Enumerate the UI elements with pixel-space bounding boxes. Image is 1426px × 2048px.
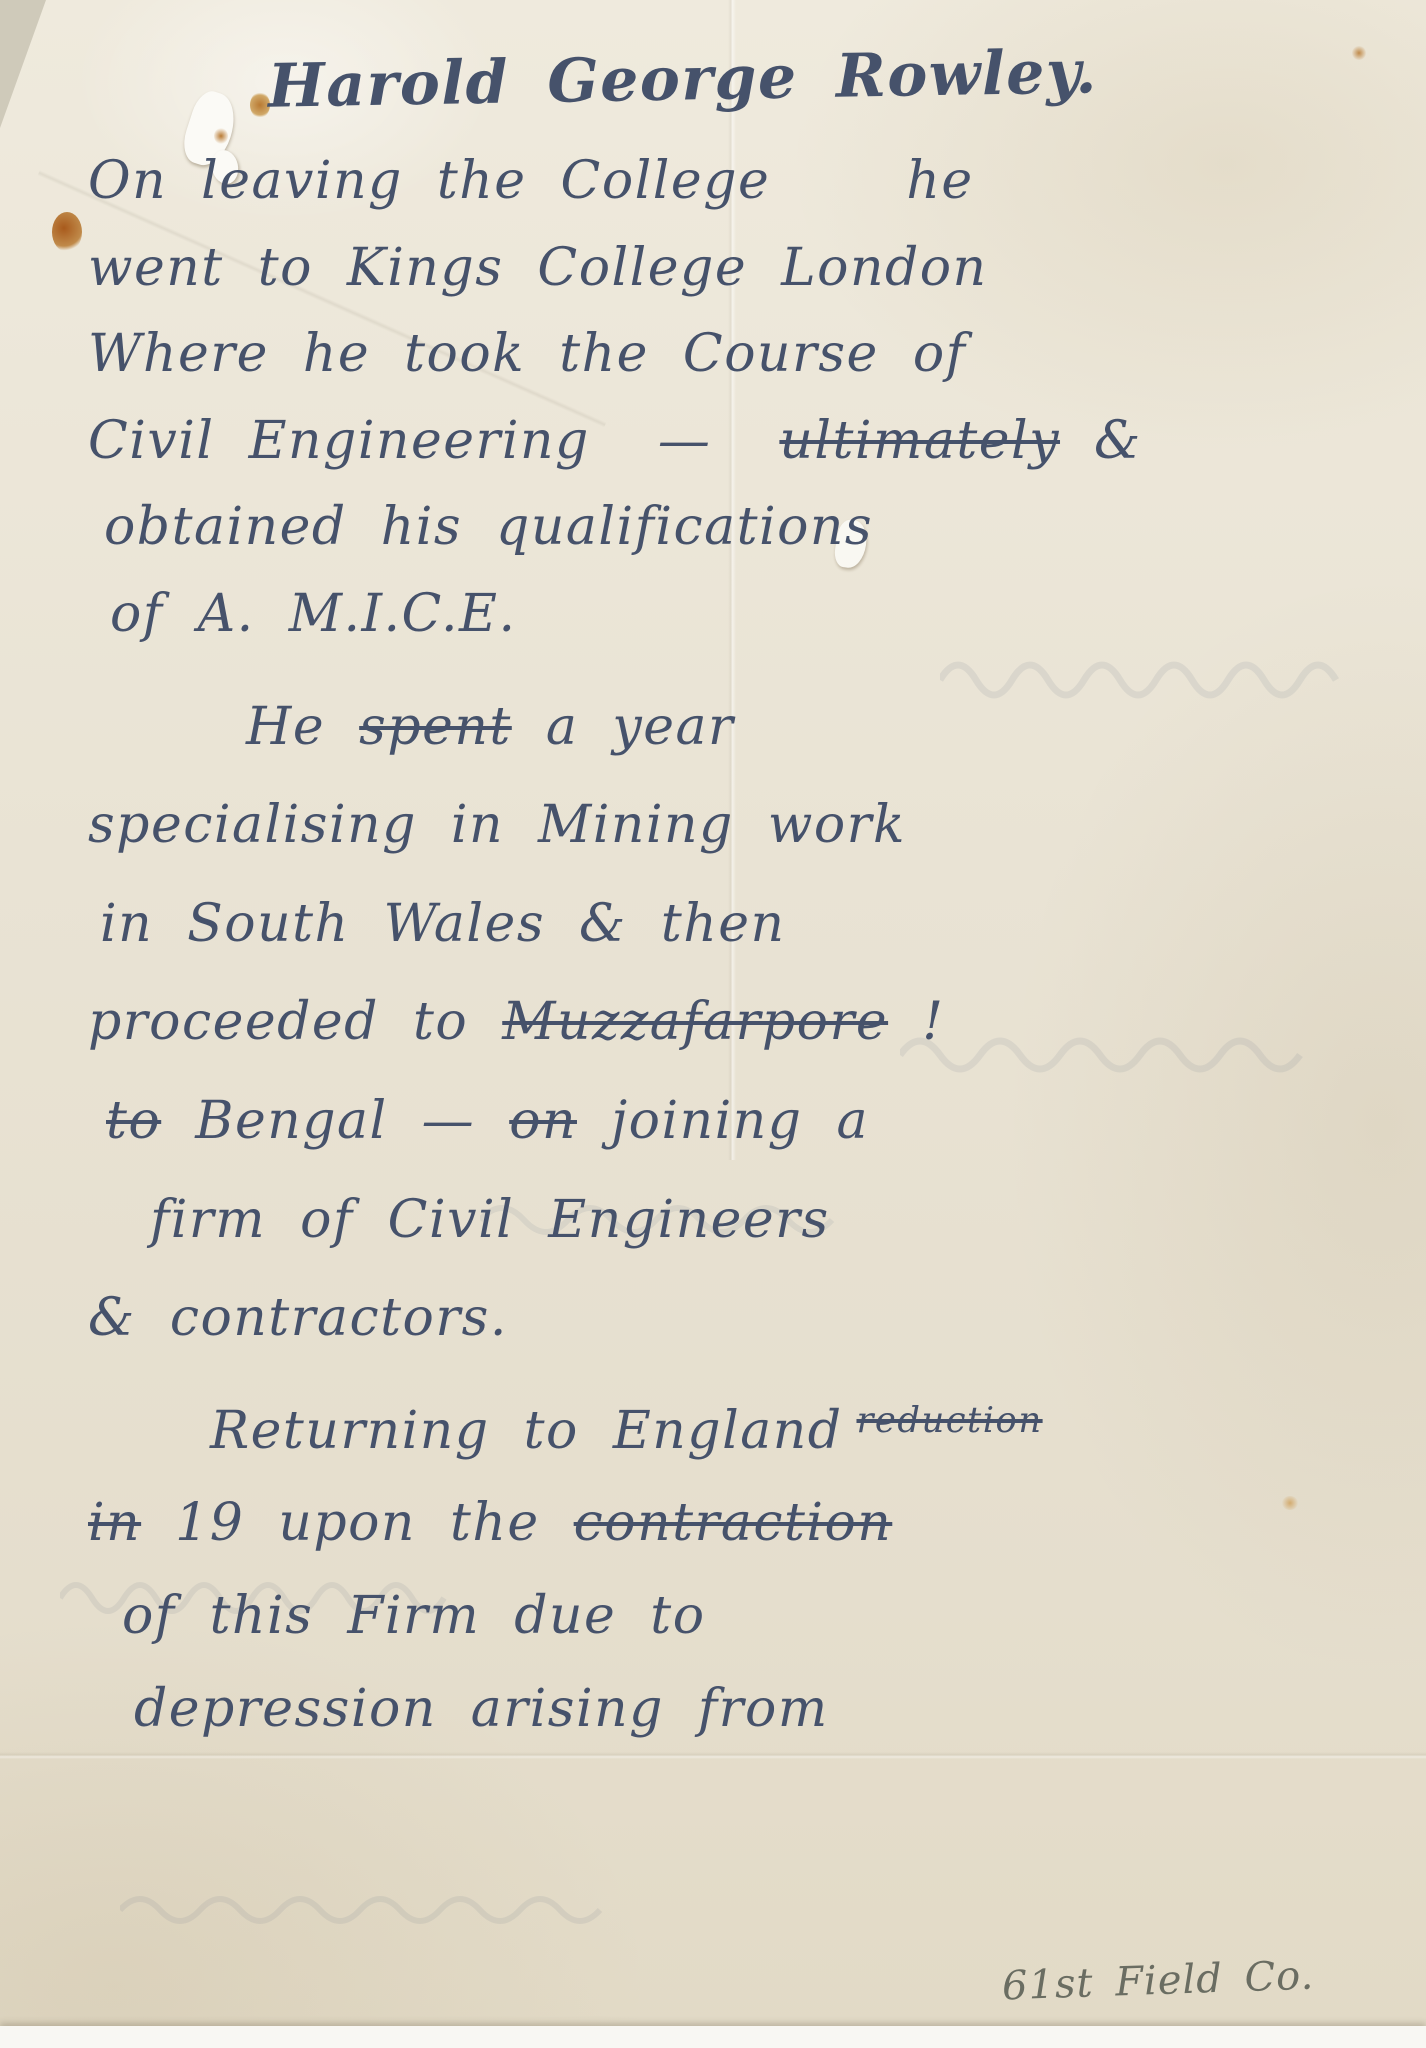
manuscript-line: Where he took the Course of bbox=[88, 327, 1382, 382]
word-segment: & bbox=[1060, 411, 1142, 471]
word-segment: joining a bbox=[577, 1091, 869, 1151]
word-segment: went to Kings College London bbox=[88, 238, 988, 298]
word-segment: in South Wales & then bbox=[100, 894, 786, 954]
manuscript-line: Returning to Englandreduction bbox=[88, 1404, 1382, 1459]
word-segment: of this Firm due to bbox=[122, 1586, 706, 1646]
word-segment: Where he took the Course of bbox=[88, 324, 966, 384]
word-segment: Returning to England bbox=[210, 1401, 842, 1461]
word-segment: obtained his qualifications bbox=[104, 497, 873, 557]
struck-word: spent bbox=[359, 697, 512, 757]
rust-stain bbox=[52, 212, 82, 252]
manuscript-line: specialising in Mining work bbox=[88, 798, 1382, 853]
struck-word: to bbox=[106, 1091, 161, 1151]
struck-word: on bbox=[509, 1091, 577, 1151]
word-segment: On leaving the College he bbox=[88, 151, 974, 211]
word-segment: ! bbox=[888, 992, 944, 1052]
manuscript-line: in 19 upon the contraction bbox=[88, 1496, 1382, 1551]
manuscript-line: firm of Civil Engineers bbox=[88, 1193, 1382, 1248]
manuscript-line: Civil Engineering — ultimately & bbox=[88, 414, 1382, 469]
paragraph-education: On leaving the College hewent to Kings C… bbox=[88, 154, 1382, 642]
struck-word: ultimately bbox=[779, 411, 1060, 471]
word-segment: Civil Engineering — bbox=[88, 411, 779, 471]
manuscript-line: obtained his qualifications bbox=[88, 500, 1382, 555]
word-segment: specialising in Mining work bbox=[88, 795, 906, 855]
word-segment: depression arising from bbox=[134, 1679, 829, 1739]
manuscript-body: Harold George Rowley. On leaving the Col… bbox=[88, 34, 1382, 1794]
struck-word: in bbox=[88, 1493, 141, 1553]
word-segment: Bengal — bbox=[161, 1091, 509, 1151]
scanner-edge bbox=[0, 2026, 1426, 2048]
scanned-page: Harold George Rowley. On leaving the Col… bbox=[0, 0, 1426, 2048]
paragraph-return: Returning to Englandreductionin 19 upon … bbox=[88, 1404, 1382, 1736]
word-segment: proceeded to bbox=[88, 992, 502, 1052]
struck-word: reduction bbox=[856, 1402, 1042, 1439]
manuscript-line: On leaving the College he bbox=[88, 154, 1382, 209]
letter-paper: Harold George Rowley. On leaving the Col… bbox=[0, 0, 1426, 2048]
struck-word: Muzzafarpore bbox=[502, 992, 888, 1052]
manuscript-line: in South Wales & then bbox=[88, 897, 1382, 952]
word-segment: 19 upon the bbox=[141, 1493, 574, 1553]
word-segment: & contractors. bbox=[88, 1288, 508, 1348]
paragraph-career: He spent a yearspecialising in Mining wo… bbox=[88, 700, 1382, 1346]
word-segment: He bbox=[246, 697, 359, 757]
pencil-annotation: 61st Field Co. bbox=[1001, 1953, 1315, 2010]
ink-bleed-through bbox=[120, 1880, 620, 1940]
manuscript-line: of this Firm due to bbox=[88, 1589, 1382, 1644]
word-segment: firm of Civil Engineers bbox=[150, 1190, 830, 1250]
page-title: Harold George Rowley. bbox=[267, 32, 1382, 121]
manuscript-line: & contractors. bbox=[88, 1291, 1382, 1346]
manuscript-line: proceeded to Muzzafarpore ! bbox=[88, 995, 1382, 1050]
manuscript-line: to Bengal — on joining a bbox=[88, 1094, 1382, 1149]
manuscript-line: went to Kings College London bbox=[88, 241, 1382, 296]
manuscript-line: depression arising from bbox=[88, 1682, 1382, 1737]
word-segment: of A. M.I.C.E. bbox=[110, 584, 517, 644]
struck-word: contraction bbox=[574, 1493, 893, 1553]
word-segment: a year bbox=[512, 697, 735, 757]
manuscript-line: of A. M.I.C.E. bbox=[88, 587, 1382, 642]
manuscript-line: He spent a year bbox=[88, 700, 1382, 755]
